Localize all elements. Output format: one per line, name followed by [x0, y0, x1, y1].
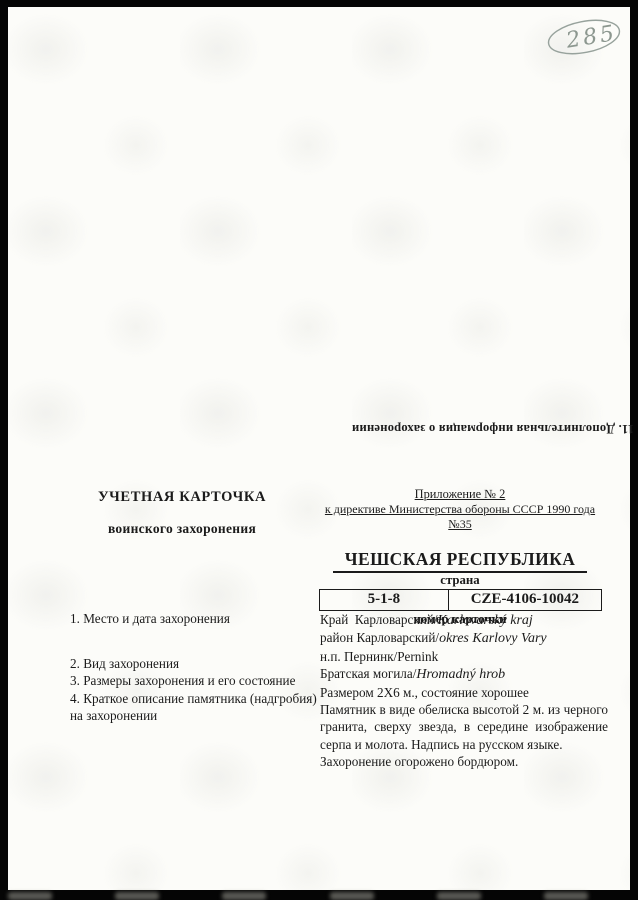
card-number-right: CZE-4106-10042 [449, 590, 601, 611]
country-name: ЧЕШСКАЯ РЕСПУБЛИКА [333, 549, 587, 573]
field-label-monument-desc: 4. Краткое описание памятника (надгробия… [70, 690, 332, 707]
card-number-table: 5-1-8 CZE-4106-10042 [319, 589, 602, 611]
value-region: Край Карловарский/Karlovarský kraj [320, 611, 608, 629]
annex-block: Приложение № 2 к директиве Министерства … [314, 487, 606, 626]
card-title: УЧЕТНАЯ КАРТОЧКА [60, 489, 304, 506]
pencil-number-stamp: 285 [536, 11, 632, 63]
value-burial-type: Братская могила/Hromadný hrob [320, 665, 608, 683]
edge-watermark-fragment [544, 892, 588, 900]
value-region-ru: Край Карловарский/ [320, 612, 438, 627]
edge-watermark-fragment [8, 892, 52, 900]
country-row: ЧЕШСКАЯ РЕСПУБЛИКА [314, 532, 606, 573]
directive-line: к директиве Министерства обороны СССР 19… [314, 502, 606, 532]
field-label-place-date: 1. Место и дата захоронения [70, 611, 230, 627]
card-subtitle: воинского захоронения [60, 521, 304, 537]
scanned-document: 285 11. Дополнительная информация о захо… [0, 0, 638, 900]
pencil-number: 285 [564, 21, 619, 54]
value-region-cz: Karlovarský kraj [438, 613, 533, 628]
paper-page: 285 11. Дополнительная информация о захо… [8, 7, 630, 890]
field-labels: 2. Вид захоронения 3. Размеры захоронени… [70, 655, 332, 724]
value-district-ru: район Карловарский/ [320, 630, 439, 645]
annex-line: Приложение № 2 [314, 487, 606, 502]
value-district: район Карловарский/okres Karlovy Vary [320, 629, 608, 647]
country-caption: страна [314, 573, 606, 587]
value-district-cz: okres Karlovy Vary [439, 631, 547, 646]
value-monument-description: Памятник в виде обелиска высотой 2 м. из… [320, 701, 608, 753]
value-fence: Захоронение огорожено бордюром. [320, 753, 608, 770]
card-number-row: 5-1-8 CZE-4106-10042 [319, 590, 601, 611]
value-settlement: н.п. Пернинк/Pernink [320, 648, 608, 665]
card-header: УЧЕТНАЯ КАРТОЧКА воинского захоронения [60, 489, 304, 537]
edge-watermark-fragment [437, 892, 481, 900]
field-label-monument-desc-cont: на захоронении [70, 707, 332, 724]
value-burial-type-cz: Hromadný hrob [416, 667, 505, 682]
edge-watermark-fragment [115, 892, 159, 900]
card-number-left: 5-1-8 [319, 590, 449, 611]
rotated-section-11-label: 11. Дополнительная информация о захороне… [334, 421, 634, 436]
field-label-size-condition: 3. Размеры захоронения и его состояние [70, 672, 332, 689]
edge-watermark-fragment [330, 892, 374, 900]
edge-watermark-fragment [222, 892, 266, 900]
value-burial-type-ru: Братская могила/ [320, 666, 416, 681]
field-values: Край Карловарский/Karlovarský kraj район… [320, 611, 608, 771]
field-label-burial-type: 2. Вид захоронения [70, 655, 332, 672]
value-size-condition: Размером 2Х6 м., состояние хорошее [320, 684, 608, 701]
